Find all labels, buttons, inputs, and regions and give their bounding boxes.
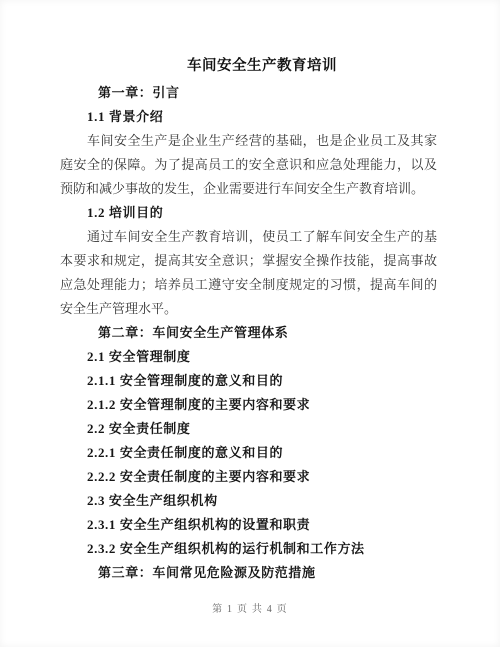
section-2-3-heading: 2.3 安全生产组织机构	[60, 489, 437, 513]
document-title: 车间安全生产教育培训	[60, 54, 437, 78]
paragraph-line: 车间安全生产是企业生产经营的基础，也是企业员工及其家	[60, 129, 437, 153]
paragraph-line: 通过车间安全生产教育培训，使员工了解车间安全生产的基	[60, 225, 437, 249]
paragraph-line: 庭安全的保障。为了提高员工的安全意识和应急处理能力，以及	[60, 153, 437, 177]
section-2-2-2-heading: 2.2.2 安全责任制度的主要内容和要求	[60, 465, 437, 489]
section-2-2-1-heading: 2.2.1 安全责任制度的意义和目的	[60, 441, 437, 465]
paragraph-line: 预防和减少事故的发生，企业需要进行车间安全生产教育培训。	[60, 177, 437, 201]
section-1-1-heading: 1.1 背景介绍	[60, 105, 437, 129]
paragraph-line: 安全生产管理水平。	[60, 297, 437, 321]
section-2-1-1-heading: 2.1.1 安全管理制度的意义和目的	[60, 369, 437, 393]
page-number-footer: 第 1 页 共 4 页	[0, 598, 500, 622]
section-2-2-heading: 2.2 安全责任制度	[60, 417, 437, 441]
paragraph-line: 应急处理能力；培养员工遵守安全制度规定的习惯，提高车间的	[60, 273, 437, 297]
section-2-3-1-heading: 2.3.1 安全生产组织机构的设置和职责	[60, 513, 437, 537]
section-2-1-heading: 2.1 安全管理制度	[60, 345, 437, 369]
section-2-3-2-heading: 2.3.2 安全生产组织机构的运行机制和工作方法	[60, 537, 437, 561]
chapter-2-heading: 第二章：车间安全生产管理体系	[60, 321, 437, 345]
document-page: 车间安全生产教育培训 第一章：引言 1.1 背景介绍 车间安全生产是企业生产经营…	[0, 0, 500, 647]
chapter-1-heading: 第一章：引言	[60, 81, 437, 105]
paragraph-line: 本要求和规定，提高其安全意识；掌握安全操作技能，提高事故	[60, 249, 437, 273]
section-1-2-heading: 1.2 培训目的	[60, 201, 437, 225]
section-2-1-2-heading: 2.1.2 安全管理制度的主要内容和要求	[60, 393, 437, 417]
chapter-3-heading: 第三章：车间常见危险源及防范措施	[60, 561, 437, 585]
document-body: 车间安全生产教育培训 第一章：引言 1.1 背景介绍 车间安全生产是企业生产经营…	[60, 54, 437, 585]
